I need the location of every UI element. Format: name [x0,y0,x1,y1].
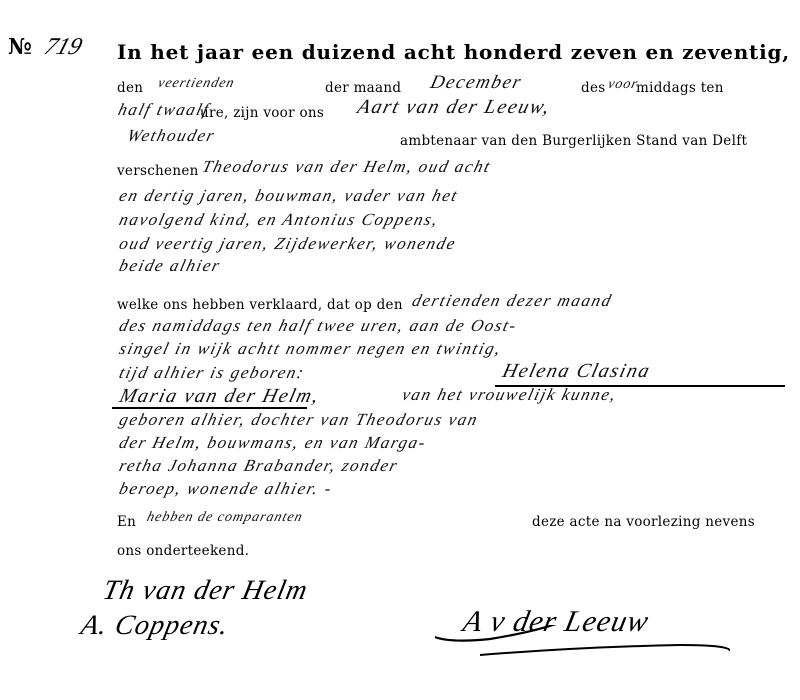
handwritten-declarant-line-3: navolgend kind, en Antonius Coppens, [117,210,441,230]
handwritten-parents-line-2: der Helm, bouwmans, en van Marga- [117,433,429,453]
signature-flourish [430,625,730,665]
document-heading: In het jaar een duizend acht honderd zev… [117,40,790,64]
handwritten-declarant-line-1: Theodorus van der Helm, oud acht [200,157,493,177]
signature-declarant-1: Th van der Helm [100,575,311,607]
handwritten-official-role: Wethouder [125,126,217,146]
label-welke-ons-hebben-verklaard: welke ons hebben verklaard, dat op den [117,297,403,313]
handwritten-child-sex: van het vrouwelijk kunne, [400,385,619,405]
record-number: № 719 [8,34,81,61]
label-des: des [581,80,605,96]
handwritten-birth-place: singel in wijk achtt nommer negen en twi… [117,339,504,359]
label-der-maand: der maand [325,80,401,96]
handwritten-birth-date: dertienden dezer maand [410,291,614,311]
label-ons-onderteekend: ons onderteekend. [117,543,249,559]
handwritten-child-name-1: Helena Clasina [500,360,653,383]
label-middags-ten: middags ten [636,80,724,96]
label-ure-zijn-voor-ons: ure, zijn voor ons [200,105,324,121]
handwritten-witness-clause: hebben de comparanten [145,510,305,526]
handwritten-hour: half twaalf [116,100,212,120]
handwritten-declarant-line-4: oud veertig jaren, Zijdewerker, wonende [117,234,459,254]
handwritten-parents-line-1: geboren alhier, dochter van Theodorus va… [117,410,481,430]
child-name-underline-2 [112,407,307,409]
signature-declarant-2: A. Coppens. [78,610,232,642]
label-verschenen: verschenen [117,163,199,179]
handwritten-month: December [428,72,524,94]
handwritten-child-name-2: Maria van der Helm, [117,385,322,408]
label-ambtenaar: ambtenaar van den Burgerlijken Stand van… [400,133,747,149]
record-number-value: 719 [41,34,86,61]
handwritten-parents-line-3: retha Johanna Brabander, zonder [117,456,400,476]
handwritten-birth-time: des namiddags ten half twee uren, aan de… [117,316,519,336]
label-den: den [117,80,143,96]
handwritten-voor: voor [606,77,640,93]
handwritten-parents-line-4: beroep, wonende alhier. - [117,479,335,499]
number-sign: № [8,34,32,60]
handwritten-declarant-line-2: en dertig jaren, bouwman, vader van het [117,186,460,206]
label-en: En [117,514,136,530]
handwritten-official-name: Aart van der Leeuw, [355,96,553,119]
handwritten-born-here: tijd alhier is geboren: [117,363,307,383]
handwritten-day: veertienden [156,76,236,92]
label-deze-acte: deze acte na voorlezing nevens [532,514,755,530]
handwritten-declarant-line-5: beide alhier [117,256,223,276]
